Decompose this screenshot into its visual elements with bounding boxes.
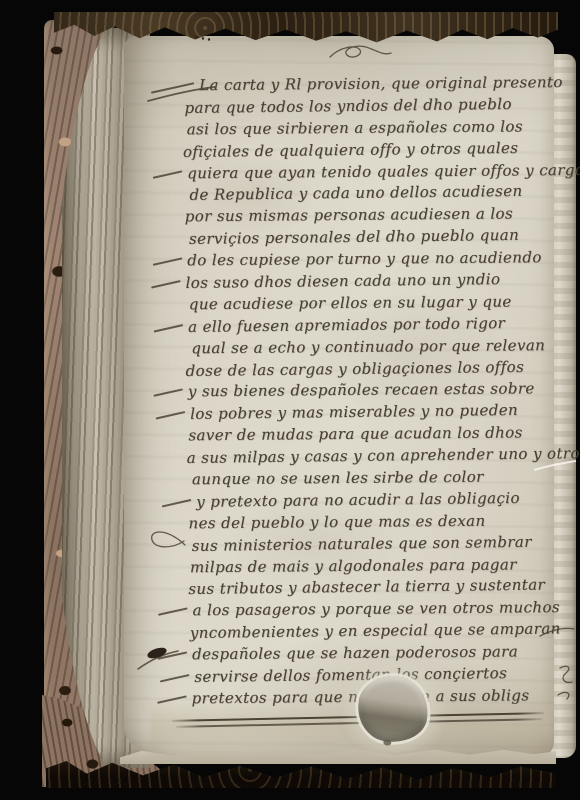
manuscript-line: milpas de mais y algodonales para pagar xyxy=(190,554,554,579)
manuscript-line: por sus mismas personas acudiesen a los xyxy=(185,203,550,228)
manuscript-line: y sus bienes despañoles recaen estas sob… xyxy=(187,379,552,404)
manuscript-line: que acudiese por ellos en su lugar y que xyxy=(189,291,551,316)
manuscript-line: qual se a echo y continuado por que rele… xyxy=(191,335,551,360)
manuscript-line: a los pasageros y porque se ven otros mu… xyxy=(191,597,554,622)
manuscript-line: aunque no se usen les sirbe de color xyxy=(192,466,553,491)
manuscript-line: ofiçiales de qualquiera offo y otros qua… xyxy=(183,137,549,163)
manuscript-line: sus ministerios naturales que son sembra… xyxy=(192,531,554,557)
manuscript-line: do les cupiese por turno y que no acudie… xyxy=(186,247,550,272)
manuscript-photograph: La carta y Rl provision, que original pr… xyxy=(0,0,580,800)
manuscript-text-block: La carta y Rl provision, que original pr… xyxy=(182,72,556,711)
manuscript-line: asi los que sirbieren a españoles como l… xyxy=(187,116,549,141)
manuscript-line: despañoles que se hazen poderosos para xyxy=(191,641,555,666)
manuscript-line: nes del pueblo y lo que mas es dexan xyxy=(188,510,553,535)
manuscript-line: La carta y Rl provision, que original pr… xyxy=(198,72,548,97)
manuscript-line: quiera que ayan tenido quales quier offo… xyxy=(186,160,549,185)
manuscript-line: saver de mudas para que acudan los dhos xyxy=(188,422,552,447)
